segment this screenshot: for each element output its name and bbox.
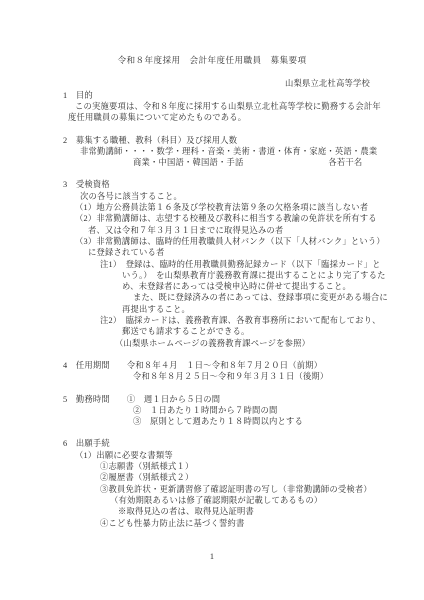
document-line: 者、又は令和７年３月３１日までに取得見込みの者 <box>0 225 424 236</box>
section-spacer <box>0 349 424 360</box>
document-line: 次の各号に該当すること。 <box>0 191 424 202</box>
document-line: （3）非常勤講師は、臨時的任用教職員人材バンク（以下「人材バンク」という） <box>0 236 424 247</box>
document-line: 注2） 臨採カードは、義務教育課、各教育事務所において配布しており、 <box>0 315 424 326</box>
document-sections: 1 目的この実施要項は、令和８年度に採用する山梨県立北杜高等学校に勤務する会計年… <box>0 90 424 529</box>
section-working-hours: 5 勤務時間 ① 週１日から５日の間② １日あたり１時間から７時間の間③ 原則と… <box>0 394 424 428</box>
school-name: 山梨県立北杜高等学校 <box>0 78 424 89</box>
document-line: ④こども性暴力防止法に基づく誓約書 <box>0 518 424 529</box>
document-line: ②履歴書（別紙様式２） <box>0 472 424 483</box>
document-line: ② １日あたり１時間から７時間の間 <box>0 405 424 416</box>
document-line: 5 勤務時間 ① 週１日から５日の間 <box>0 394 424 405</box>
document-line: （1）地方公務員法第１６条及び学校教育法第９条の欠格条項に該当しない者 <box>0 202 424 213</box>
document-line: 非常勤講師・・・・数学・理科・音楽・美術・書道・体育・家庭・英語・農業 <box>0 146 424 157</box>
document-line: 3 受検資格 <box>0 179 424 190</box>
document-page: 令和８年度採用 会計年度任用職員 募集要項 山梨県立北杜高等学校 1 目的この実… <box>0 0 424 600</box>
document-body: 令和８年度採用 会計年度任用職員 募集要項 山梨県立北杜高等学校 1 目的この実… <box>0 0 424 529</box>
section-spacer <box>0 124 424 135</box>
document-line: （1）出願に必要な書類等 <box>0 450 424 461</box>
section-purpose: 1 目的この実施要項は、令和８年度に採用する山梨県立北杜高等学校に勤務する会計年… <box>0 90 424 124</box>
document-line: ※取得見込の者は、取得見込証明書 <box>0 506 424 517</box>
document-line: この実施要項は、令和８年度に採用する山梨県立北杜高等学校に勤務する会計年 <box>0 101 424 112</box>
document-line: 2 募集する職種、教科（科目）及び採用人数 <box>0 135 424 146</box>
spacer <box>0 66 424 78</box>
document-line: 6 出願手続 <box>0 438 424 449</box>
document-line: ③ 原則として週あたり１８時間以内とする <box>0 416 424 427</box>
document-line: （2）非常勤講師は、志望する校種及び教科に相当する教諭の免許状を所有する <box>0 213 424 224</box>
section-spacer <box>0 168 424 179</box>
document-line: 注1） 登録は、臨時的任用教職員勤務記録カード（以下「臨採カード」と <box>0 259 424 270</box>
section-application-procedure: 6 出願手続（1）出願に必要な書類等①志願書（別紙様式１）②履歴書（別紙様式２）… <box>0 438 424 528</box>
document-title: 令和８年度採用 会計年度任用職員 募集要項 <box>0 55 424 66</box>
document-line: また、既に登録済みの者にあっては、登録事項に変更がある場合に <box>0 292 424 303</box>
document-line: 4 任用期間 令和８年４月 １日～令和８年７月２０日（前期） <box>0 360 424 371</box>
document-line: 再提出すること。 <box>0 304 424 315</box>
document-line: ③教員免許状・更新講習修了確認証明書の写し（非常勤講師の受検者） <box>0 484 424 495</box>
document-line: に登録されている者 <box>0 247 424 258</box>
document-line: （有効期限あるいは修了確認期限が記載してあるもの） <box>0 495 424 506</box>
document-line: 郵送でも請求することができる。 <box>0 326 424 337</box>
section-appointment-period: 4 任用期間 令和８年４月 １日～令和８年７月２０日（前期）令和８年８月２５日～… <box>0 360 424 383</box>
document-line: いう。） を山梨県教育庁義務教育課に提出することにより完了するた <box>0 270 424 281</box>
document-line: 商業・中国語・韓国語・手話 各若干名 <box>0 157 424 168</box>
section-spacer <box>0 383 424 394</box>
document-line: 令和８年８月２５日～令和９年３月３１日（後期） <box>0 371 424 382</box>
page-number: 1 <box>0 552 424 561</box>
document-line: 度任用職員の募集について定めたものである。 <box>0 112 424 123</box>
section-qualifications: 3 受検資格次の各号に該当すること。（1）地方公務員法第１６条及び学校教育法第９… <box>0 179 424 348</box>
section-positions: 2 募集する職種、教科（科目）及び採用人数非常勤講師・・・・数学・理科・音楽・美… <box>0 135 424 169</box>
document-line: 1 目的 <box>0 90 424 101</box>
section-spacer <box>0 427 424 438</box>
document-line: （山梨県ホームページの義務教育課ページを参照） <box>0 338 424 349</box>
document-line: め、未登録者にあっては受検申込時に併せて提出すること。 <box>0 281 424 292</box>
document-line: ①志願書（別紙様式１） <box>0 461 424 472</box>
